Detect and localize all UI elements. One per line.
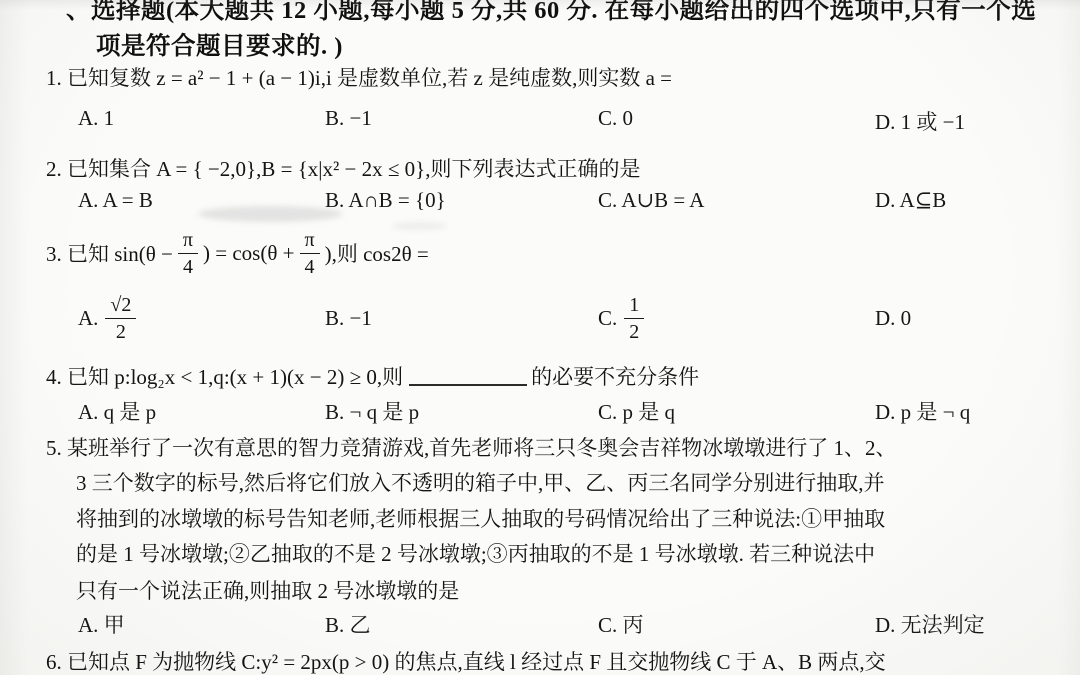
fraction-pi-over-4: π 4 (178, 230, 198, 277)
fraction-numerator: π (178, 230, 198, 254)
fraction-denominator: 4 (305, 254, 315, 277)
question-5-line2: 3 三个数字的标号,然后将它们放入不透明的箱子中,甲、乙、丙三名同学分别进行抽取… (76, 467, 885, 497)
section-header-line1: 、选择题(本大题共 12 小题,每小题 5 分,共 60 分. 在每小题给出的四… (66, 0, 1036, 26)
option-1d: D. 1 或 −1 (875, 106, 965, 136)
option-2b: B. A∩B = {0} (325, 188, 446, 213)
option-2d: D. A⊆B (875, 188, 946, 213)
fraction-denominator: 2 (629, 319, 639, 342)
option-3a: A. √2 2 (78, 290, 138, 346)
option-5b: B. 乙 (325, 609, 371, 639)
fraction-1-over-2: 1 2 (624, 295, 644, 342)
q3-stem-part1: 3. 已知 sin(θ − (46, 238, 173, 268)
fraction-numerator: 1 (624, 295, 644, 319)
q3-stem-part2: ) = cos(θ + (203, 241, 294, 266)
question-3-stem: 3. 已知 sin(θ − π 4 ) = cos(θ + π 4 ),则 co… (46, 230, 429, 276)
answer-blank (409, 370, 527, 386)
question-2-stem: 2. 已知集合 A = { −2,0},B = {x|x² − 2x ≤ 0},… (46, 153, 640, 183)
option-4c: C. p 是 q (598, 396, 675, 426)
option-5c: C. 丙 (598, 609, 644, 639)
exam-page: 、选择题(本大题共 12 小题,每小题 5 分,共 60 分. 在每小题给出的四… (0, 0, 1080, 675)
q4-stem-after-blank: 的必要不充分条件 (531, 365, 699, 389)
fraction-numerator: √2 (105, 295, 136, 319)
scan-smudge (392, 222, 447, 230)
section-header-line2: 项是符合题目要求的. ) (96, 27, 343, 62)
question-5-line4: 的是 1 号冰墩墩;②乙抽取的不是 2 号冰墩墩;③丙抽取的不是 1 号冰墩墩.… (76, 538, 875, 568)
option-1b: B. −1 (325, 106, 372, 131)
question-5-line3: 将抽到的冰墩墩的标号告知老师,老师根据三人抽取的号码情况给出了三种说法:①甲抽取 (76, 503, 885, 533)
option-1a: A. 1 (78, 106, 114, 131)
option-5a: A. 甲 (78, 609, 125, 639)
fraction-denominator: 4 (183, 254, 193, 277)
fraction-sqrt2-over-2: √2 2 (105, 295, 136, 342)
option-4a: A. q 是 p (78, 396, 156, 426)
question-1-options: A. 1 B. −1 C. 0 D. 1 或 −1 (0, 106, 1080, 136)
option-label: C. (598, 306, 617, 331)
option-3c: C. 1 2 (598, 290, 646, 346)
question-5-line5: 只有一个说法正确,则抽取 2 号冰墩墩的是 (76, 575, 459, 605)
option-4d: D. p 是 ¬ q (875, 396, 970, 426)
fraction-numerator: π (300, 230, 320, 254)
option-3b: B. −1 (325, 290, 372, 346)
question-1-stem: 1. 已知复数 z = a² − 1 + (a − 1)i,i 是虚数单位,若 … (46, 62, 672, 92)
option-3d: D. 0 (875, 290, 911, 346)
question-5-line1: 5. 某班举行了一次有意思的智力竞猜游戏,首先老师将三只冬奥会吉祥物冰墩墩进行了… (46, 432, 897, 462)
option-2c: C. A∪B = A (598, 188, 704, 213)
option-5d: D. 无法判定 (875, 609, 985, 639)
question-2-options: A. A = B B. A∩B = {0} C. A∪B = A D. A⊆B (0, 188, 1080, 218)
question-6-stem: 6. 已知点 F 为抛物线 C:y² = 2px(p > 0) 的焦点,直线 l… (46, 646, 886, 675)
question-4-stem: 4. 已知 p:log₂x < 1,q:(x + 1)(x − 2) ≥ 0,则… (46, 361, 699, 391)
option-1c: C. 0 (598, 106, 633, 131)
q3-stem-part3: ),则 cos2θ = (325, 238, 429, 268)
fraction-pi-over-4: π 4 (300, 230, 320, 277)
question-3-options: A. √2 2 B. −1 C. 1 2 D. 0 (0, 290, 1080, 346)
option-label: A. (78, 306, 98, 331)
question-4-options: A. q 是 p B. ¬ q 是 p C. p 是 q D. p 是 ¬ q (0, 396, 1080, 426)
option-4b: B. ¬ q 是 p (325, 396, 419, 426)
question-5-options: A. 甲 B. 乙 C. 丙 D. 无法判定 (0, 609, 1080, 639)
option-2a: A. A = B (78, 188, 153, 213)
q4-stem-before-blank: 4. 已知 p:log₂x < 1,q:(x + 1)(x − 2) ≥ 0,则 (46, 365, 403, 389)
fraction-denominator: 2 (116, 319, 126, 342)
